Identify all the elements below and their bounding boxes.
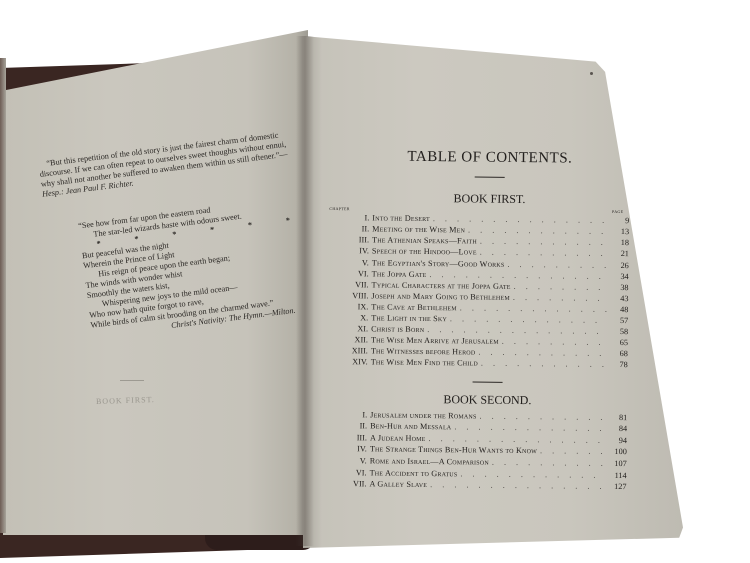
chapter-number: XIII.	[328, 345, 371, 357]
book-heading: BOOK FIRST.	[349, 190, 629, 208]
page-number: 38	[610, 282, 628, 293]
page-number: 34	[611, 271, 629, 282]
page-label: Page	[612, 209, 623, 214]
book-photo: “But this repetition of the old story is…	[0, 0, 750, 563]
chapter-title: The Joppa Gate	[372, 268, 427, 280]
left-page-text: “But this repetition of the old story is…	[38, 130, 309, 345]
page-number: 9	[611, 215, 629, 226]
chapter-number: IX.	[328, 301, 371, 313]
chapter-number: VII.	[329, 279, 372, 291]
chapter-number: V.	[329, 257, 372, 269]
chapter-title: The Wise Men Find the Child	[371, 357, 478, 369]
table-of-contents: TABLE OF CONTENTS. BOOK FIRST. Chapter P…	[326, 148, 630, 493]
chapter-title: Christ is Born	[371, 324, 424, 336]
page-number: 127	[608, 481, 626, 493]
chapter-number: VIII.	[328, 290, 371, 302]
chapter-number: IV.	[327, 443, 370, 455]
page-number: 58	[610, 326, 628, 337]
page-number: 48	[610, 304, 628, 315]
chapter-title: A Judean Home	[370, 432, 426, 444]
page-number: 100	[609, 446, 627, 458]
page-number: 107	[609, 458, 627, 470]
page-number: 21	[611, 248, 629, 259]
leader-dots	[540, 446, 606, 458]
page-number: 26	[611, 260, 629, 271]
toc-title: TABLE OF CONTENTS.	[350, 148, 630, 168]
chapter-number: XII.	[328, 334, 371, 346]
chapter-number: IV.	[329, 245, 372, 257]
chapter-title: Into the Desert	[372, 213, 430, 225]
page-number: 18	[611, 237, 629, 248]
chapter-number: V.	[327, 455, 370, 467]
chapter-number: I.	[329, 212, 372, 224]
book-first-section: BOOK FIRST. Chapter Page I.Into the Dese…	[328, 190, 630, 370]
chapter-number: VII.	[326, 478, 369, 490]
page-number: 13	[611, 226, 629, 237]
page-number: 84	[609, 423, 627, 435]
book-heading: BOOK SECOND.	[347, 391, 627, 409]
chapter-number: II.	[327, 420, 370, 432]
page-number: 68	[610, 348, 628, 359]
chapter-title: A Galley Slave	[369, 479, 427, 491]
book-second-section: BOOK SECOND. I.Jerusalem under the Roman…	[326, 391, 627, 493]
chapter-title: Ben-Hur and Messala	[370, 421, 451, 433]
paper-speck	[590, 72, 593, 75]
chapter-number: X.	[328, 312, 371, 324]
toc-entry: XIV.The Wise Men Find the Child78	[328, 356, 628, 370]
chapter-title: The Light in the Sky	[371, 312, 447, 324]
page-number: 43	[610, 293, 628, 304]
chapter-number: II.	[329, 223, 372, 235]
chapter-number: VI.	[327, 467, 370, 479]
leader-dots	[430, 479, 605, 492]
page-number: 78	[610, 359, 628, 370]
page-number: 57	[610, 315, 628, 326]
page-number: 65	[610, 337, 628, 348]
chapter-number: XI.	[328, 323, 371, 335]
chapter-number: III.	[327, 432, 370, 444]
page-number: 94	[609, 435, 627, 447]
section-rule	[473, 381, 503, 383]
chapter-number: III.	[329, 234, 372, 246]
chapter-title: The Accident to Gratus	[370, 467, 458, 480]
chapter-number: VI.	[329, 268, 372, 280]
chapter-number: XIV.	[328, 356, 371, 368]
left-page-edge	[0, 58, 6, 533]
show-through-rule	[120, 380, 144, 381]
chapter-number: I.	[327, 409, 370, 421]
title-rule	[475, 177, 505, 179]
page-number: 114	[609, 470, 627, 482]
chapter-title: The Cave at Bethlehem	[371, 301, 457, 313]
page-number: 81	[609, 412, 627, 424]
chapter-label: Chapter	[329, 206, 349, 211]
leader-dots	[481, 358, 607, 370]
